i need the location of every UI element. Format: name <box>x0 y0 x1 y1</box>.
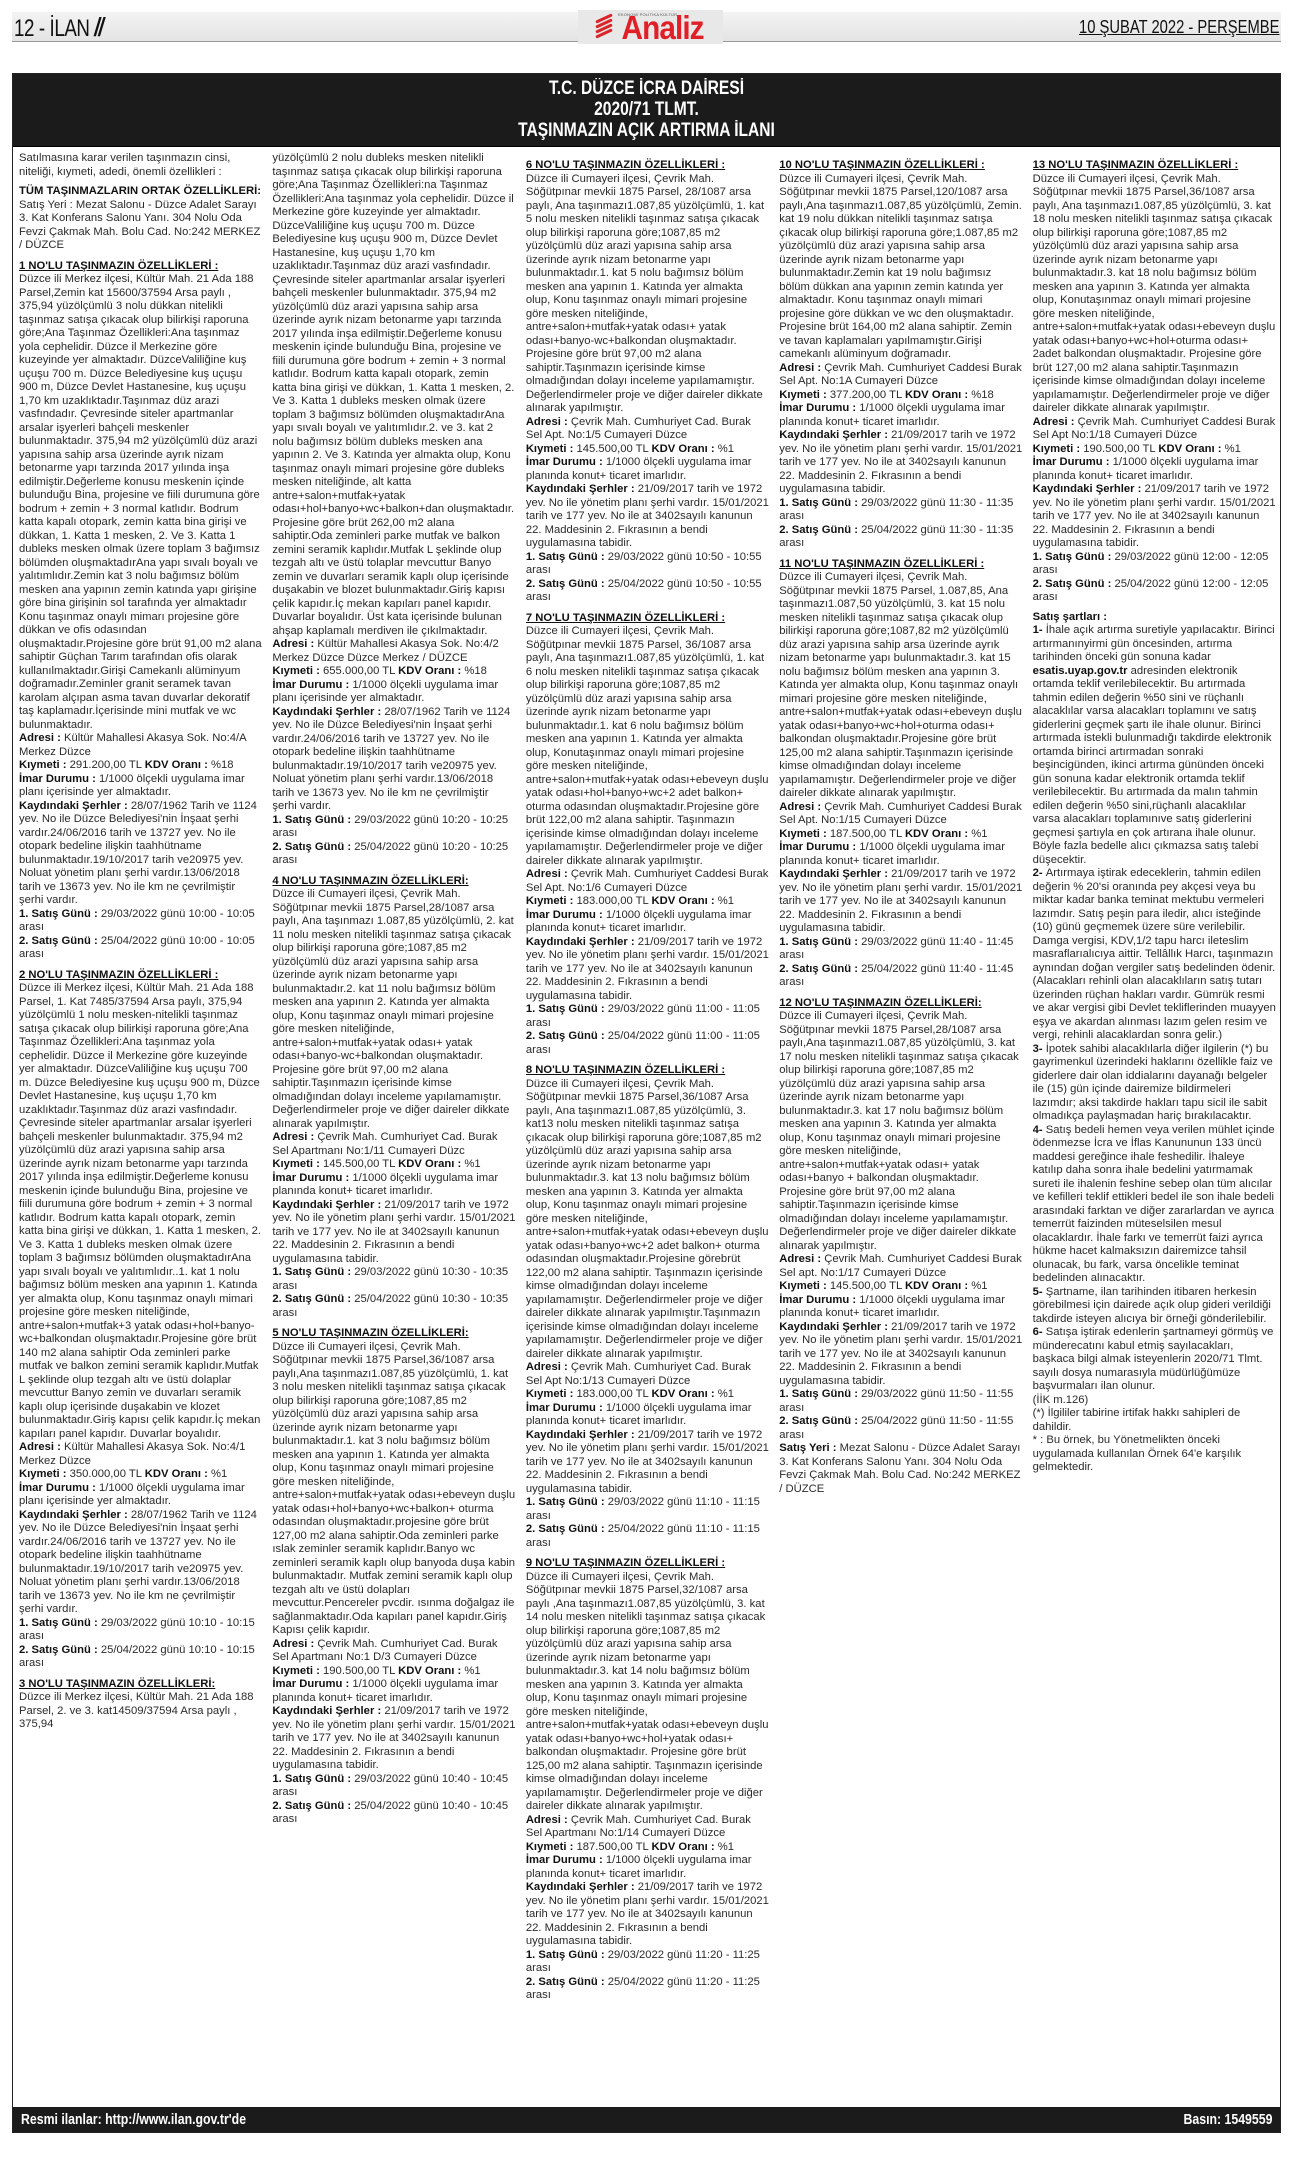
vat-rate: %1 <box>718 443 734 455</box>
esatis-link[interactable]: esatis.uyap.gov.tr <box>1033 665 1128 677</box>
property-description: Düzce ili Merkez ilçesi, Kültür Mah. 21 … <box>19 982 262 1441</box>
property-address: Adresi : Çevrik Mah. Cumhuriyet Cad. Bur… <box>526 416 769 443</box>
property-annotations-label: Kaydındaki Şerhler : <box>526 483 638 495</box>
property-zoning-label: İmar Durumu : <box>526 909 606 921</box>
property-title: 13 NO'LU TAŞINMAZIN ÖZELLİKLERİ : <box>1033 159 1276 173</box>
property-address-label: Adresi : <box>526 1814 571 1826</box>
vat-rate: %18 <box>464 665 487 677</box>
property-value: Kıymeti : 187.500,00 TL KDV Oranı : %1 <box>526 1841 769 1855</box>
property-annotations-label: Kaydındaki Şerhler : <box>272 1199 384 1211</box>
property-address-label: Adresi : <box>526 416 571 428</box>
property-zoning: İmar Durumu : 1/1000 ölçekli uygulama im… <box>526 909 769 936</box>
property-title: 5 NO'LU TAŞINMAZIN ÖZELLİKLERİ: <box>272 1327 515 1341</box>
condition-text: Şartname, ilan tarihinden itibaren herke… <box>1033 1286 1271 1325</box>
sale-place: Satış Yeri : Mezat Salonu - Düzce Adalet… <box>779 1442 1022 1496</box>
first-sale-date: 1. Satış Günü : 29/03/2022 günü 10:20 - … <box>272 814 515 841</box>
column-5: 13 NO'LU TAŞINMAZIN ÖZELLİKLERİ :Düzce i… <box>1033 152 1276 2102</box>
second-sale-date: 2. Satış Günü : 25/04/2022 günü 10:10 - … <box>19 1644 262 1671</box>
property-zoning: İmar Durumu : 1/1000 ölçekli uygulama im… <box>272 679 515 706</box>
property-annotations-label: Kaydındaki Şerhler : <box>19 1509 131 1521</box>
property-annotations: Kaydındaki Şerhler : 21/09/2017 tarih ve… <box>1033 483 1276 551</box>
second-sale-date-label: 2. Satış Günü : <box>19 1644 101 1656</box>
property-annotations: Kaydındaki Şerhler : 28/07/1962 Tarih ve… <box>19 1509 262 1617</box>
vat-label: KDV Oranı : <box>398 665 464 677</box>
value-amount: 183.000,00 TL <box>576 895 651 907</box>
vat-rate: %18 <box>971 389 994 401</box>
first-sale-date-label: 1. Satış Günü : <box>19 1617 101 1629</box>
vat-rate: %1 <box>464 1665 480 1677</box>
condition-text: İpotek sahibi alacaklılarla diğer ilgile… <box>1033 1043 1273 1123</box>
second-sale-date-label: 2. Satış Günü : <box>526 1030 608 1042</box>
property-annotations: Kaydındaki Şerhler : 21/09/2017 tarih ve… <box>526 483 769 551</box>
second-sale-date: 2. Satış Günü : 25/04/2022 günü 11:20 - … <box>526 1976 769 2003</box>
vat-rate: %1 <box>971 828 987 840</box>
property-13: 13 NO'LU TAŞINMAZIN ÖZELLİKLERİ :Düzce i… <box>1033 159 1276 605</box>
vat-rate: %1 <box>211 1468 227 1480</box>
vat-label: KDV Oranı : <box>652 1388 718 1400</box>
first-sale-date: 1. Satış Günü : 29/03/2022 günü 10:10 - … <box>19 1617 262 1644</box>
first-sale-date: 1. Satış Günü : 29/03/2022 günü 12:00 - … <box>1033 551 1276 578</box>
first-sale-date: 1. Satış Günü : 29/03/2022 günü 11:30 - … <box>779 497 1022 524</box>
property-description: Düzce ili Cumayeri ilçesi, Çevrik Mah. S… <box>526 1078 769 1362</box>
vat-label: KDV Oranı : <box>398 1665 464 1677</box>
condition-text: İhale açık artırma suretiyle yapılacaktı… <box>1033 624 1275 663</box>
property-10: 10 NO'LU TAŞINMAZIN ÖZELLİKLERİ :Düzce i… <box>779 159 1022 551</box>
value-amount: 190.500,00 TL <box>323 1665 398 1677</box>
vat-label: KDV Oranı : <box>1158 443 1224 455</box>
property-annotations: Kaydındaki Şerhler : 21/09/2017 tarih ve… <box>272 1199 515 1267</box>
property-description-start: Düzce ili Merkez ilçesi, Kültür Mah. 21 … <box>19 1691 262 1732</box>
condition-number: 5- <box>1033 1286 1046 1298</box>
condition-item: 2- Artırmaya iştirak edeceklerin, tahmin… <box>1033 867 1276 1043</box>
property-address-label: Adresi : <box>779 1253 824 1265</box>
value-label: Kıymeti : <box>526 1841 577 1853</box>
sale-place-label: Satış Yeri : <box>779 1442 839 1454</box>
property-zoning: İmar Durumu : 1/1000 ölçekli uygulama im… <box>526 1402 769 1429</box>
property-value: Kıymeti : 291.200,00 TL KDV Oranı : %18 <box>19 759 262 773</box>
footnote-2: * : Bu örnek, bu Yönetmelikten önceki uy… <box>1033 1434 1276 1475</box>
first-sale-date-label: 1. Satış Günü : <box>779 497 861 509</box>
property-title: 11 NO'LU TAŞINMAZIN ÖZELLİKLERİ : <box>779 558 1022 572</box>
second-sale-date-label: 2. Satış Günü : <box>272 841 354 853</box>
property-title: 3 NO'LU TAŞINMAZIN ÖZELLİKLERİ: <box>19 1678 262 1692</box>
property-annotations: Kaydındaki Şerhler : 28/07/1962 Tarih ve… <box>272 706 515 814</box>
property-zoning: İmar Durumu : 1/1000 ölçekli uygulama im… <box>1033 456 1276 483</box>
first-sale-date: 1. Satış Günü : 29/03/2022 günü 11:10 - … <box>526 1496 769 1523</box>
vat-label: KDV Oranı : <box>905 828 971 840</box>
first-sale-date: 1. Satış Günü : 29/03/2022 günü 11:50 - … <box>779 1388 1022 1415</box>
property-address: Adresi : Çevrik Mah. Cumhuriyet Cad. Bur… <box>526 1361 769 1388</box>
condition-number: 6- <box>1033 1326 1046 1338</box>
second-sale-date-label: 2. Satış Günü : <box>526 578 608 590</box>
property-description: Düzce ili Cumayeri ilçesi, Çevrik Mah. S… <box>779 1010 1022 1253</box>
notice-authority: T.C. DÜZCE İCRA DAİRESİ <box>127 78 1166 99</box>
value-amount: 183.000,00 TL <box>576 1388 651 1400</box>
first-sale-date: 1. Satış Günü : 29/03/2022 günü 11:00 - … <box>526 1003 769 1030</box>
slashes-decoration: // <box>94 12 102 42</box>
first-sale-date: 1. Satış Günü : 29/03/2022 günü 11:40 - … <box>779 936 1022 963</box>
first-sale-date-label: 1. Satış Günü : <box>526 1496 608 1508</box>
property-value: Kıymeti : 190.500,00 TL KDV Oranı : %1 <box>272 1665 515 1679</box>
notice-columns: Satılmasına karar verilen taşınmazın cin… <box>13 149 1280 2102</box>
conditions-title: Satış şartları : <box>1033 611 1276 625</box>
column-1: Satılmasına karar verilen taşınmazın cin… <box>19 152 262 2102</box>
property-address: Adresi : Çevrik Mah. Cumhuriyet Caddesi … <box>1033 416 1276 443</box>
property-description: Düzce ili Cumayeri ilçesi, Çevrik Mah. S… <box>779 173 1022 362</box>
legal-reference: (İİK m.126) <box>1033 1394 1276 1408</box>
official-notices-link[interactable]: Resmi ilanlar: http://www.ilan.gov.tr'de <box>21 2111 246 2128</box>
property-annotations-label: Kaydındaki Şerhler : <box>779 1321 891 1333</box>
notice-footer: Resmi ilanlar: http://www.ilan.gov.tr'de… <box>13 2107 1280 2132</box>
property-zoning-label: İmar Durumu : <box>779 1294 859 1306</box>
property-title: 2 NO'LU TAŞINMAZIN ÖZELLİKLERİ : <box>19 969 262 983</box>
property-zoning-label: İmar Durumu : <box>272 679 352 691</box>
property-3-rest: yüzölçümlü 2 nolu dubleks mesken nitelik… <box>272 152 515 868</box>
property-address-label: Adresi : <box>272 1131 317 1143</box>
notice-title: TAŞINMAZIN AÇIK ARTIRMA İLANI <box>127 120 1166 141</box>
first-sale-date-label: 1. Satış Günü : <box>272 1266 354 1278</box>
property-title: 1 NO'LU TAŞINMAZIN ÖZELLİKLERİ : <box>19 260 262 274</box>
property-description: Düzce ili Cumayeri ilçesi, Çevrik Mah. S… <box>526 1571 769 1814</box>
value-amount: 145.500,00 TL <box>830 1280 905 1292</box>
property-5: 5 NO'LU TAŞINMAZIN ÖZELLİKLERİ:Düzce ili… <box>272 1327 515 1827</box>
value-label: Kıymeti : <box>272 1158 323 1170</box>
auction-notice: T.C. DÜZCE İCRA DAİRESİ 2020/71 TLMT. TA… <box>12 73 1281 2133</box>
second-sale-date: 2. Satış Günü : 25/04/2022 günü 11:30 - … <box>779 524 1022 551</box>
property-title: 6 NO'LU TAŞINMAZIN ÖZELLİKLERİ : <box>526 159 769 173</box>
property-title: 12 NO'LU TAŞINMAZIN ÖZELLİKLERİ: <box>779 997 1022 1011</box>
property-zoning: İmar Durumu : 1/1000 ölçekli uygulama im… <box>526 456 769 483</box>
second-sale-date: 2. Satış Günü : 25/04/2022 günü 11:10 - … <box>526 1523 769 1550</box>
property-value: Kıymeti : 350.000,00 TL KDV Oranı : %1 <box>19 1468 262 1482</box>
vat-label: KDV Oranı : <box>145 759 211 771</box>
property-value: Kıymeti : 190.500,00 TL KDV Oranı : %1 <box>1033 443 1276 457</box>
vat-label: KDV Oranı : <box>652 895 718 907</box>
second-sale-date-label: 2. Satış Günü : <box>526 1523 608 1535</box>
first-sale-date: 1. Satış Günü : 29/03/2022 günü 10:40 - … <box>272 1773 515 1800</box>
property-address: Adresi : Çevrik Mah. Cumhuriyet Caddesi … <box>779 362 1022 389</box>
notice-header: T.C. DÜZCE İCRA DAİRESİ 2020/71 TLMT. TA… <box>13 74 1280 147</box>
vat-label: KDV Oranı : <box>145 1468 211 1480</box>
first-sale-date: 1. Satış Günü : 29/03/2022 günü 10:30 - … <box>272 1266 515 1293</box>
property-description: Düzce ili Cumayeri ilçesi, Çevrik Mah. S… <box>526 173 769 416</box>
issue-date: 10 ŞUBAT 2022 - PERŞEMBE <box>1079 17 1279 38</box>
property-zoning: İmar Durumu : 1/1000 ölçekli uygulama im… <box>779 402 1022 429</box>
property-zoning-label: İmar Durumu : <box>272 1678 352 1690</box>
property-8: 8 NO'LU TAŞINMAZIN ÖZELLİKLERİ :Düzce il… <box>526 1064 769 1550</box>
property-zoning-label: İmar Durumu : <box>272 1172 352 1184</box>
property-annotations-label: Kaydındaki Şerhler : <box>19 800 131 812</box>
second-sale-date: 2. Satış Günü : 25/04/2022 günü 10:50 - … <box>526 578 769 605</box>
press-number: Basın: 1549559 <box>1183 2111 1272 2128</box>
property-address: Adresi : Çevrik Mah. Cumhuriyet Caddesi … <box>526 868 769 895</box>
vat-rate: %18 <box>211 759 234 771</box>
property-6: 6 NO'LU TAŞINMAZIN ÖZELLİKLERİ :Düzce il… <box>526 159 769 605</box>
property-annotations: Kaydındaki Şerhler : 21/09/2017 tarih ve… <box>779 1321 1022 1389</box>
first-sale-date: 1. Satış Günü : 29/03/2022 günü 11:20 - … <box>526 1949 769 1976</box>
page-number-section: 12 - İLAN <box>14 15 90 42</box>
property-annotations-label: Kaydındaki Şerhler : <box>526 1429 638 1441</box>
property-value: Kıymeti : 145.500,00 TL KDV Oranı : %1 <box>779 1280 1022 1294</box>
property-address: Adresi : Çevrik Mah. Cumhuriyet Caddesi … <box>779 801 1022 828</box>
second-sale-date: 2. Satış Günü : 25/04/2022 günü 10:00 - … <box>19 935 262 962</box>
second-sale-date-label: 2. Satış Günü : <box>272 1293 354 1305</box>
condition-item: 4- Satış bedeli hemen veya verilen mühle… <box>1033 1124 1276 1286</box>
property-annotations-label: Kaydındaki Şerhler : <box>526 1881 638 1893</box>
property-1: 1 NO'LU TAŞINMAZIN ÖZELLİKLERİ :Düzce il… <box>19 260 262 962</box>
condition-number: 3- <box>1033 1043 1046 1055</box>
second-sale-date-label: 2. Satış Günü : <box>526 1976 608 1988</box>
value-amount: 187.500,00 TL <box>830 828 905 840</box>
property-zoning: İmar Durumu : 1/1000 ölçekli uygulama im… <box>19 773 262 800</box>
second-sale-date-label: 2. Satış Günü : <box>19 935 101 947</box>
property-address-label: Adresi : <box>272 638 317 650</box>
value-amount: 187.500,00 TL <box>576 1841 651 1853</box>
condition-text: Satışa iştirak edenlerin şartnameyi görm… <box>1033 1326 1274 1392</box>
condition-number: 2- <box>1033 867 1046 879</box>
first-sale-date: 1. Satış Günü : 29/03/2022 günü 10:50 - … <box>526 551 769 578</box>
second-sale-date-label: 2. Satış Günü : <box>779 963 861 975</box>
vat-rate: %1 <box>718 895 734 907</box>
property-description: Düzce ili Cumayeri ilçesi, Çevrik Mah. S… <box>272 888 515 1131</box>
value-label: Kıymeti : <box>272 1665 323 1677</box>
property-zoning-label: İmar Durumu : <box>19 773 99 785</box>
column-2: yüzölçümlü 2 nolu dubleks mesken nitelik… <box>272 152 515 2102</box>
column-4: 10 NO'LU TAŞINMAZIN ÖZELLİKLERİ :Düzce i… <box>779 152 1022 2102</box>
first-sale-date-label: 1. Satış Günü : <box>19 908 101 920</box>
property-title: 8 NO'LU TAŞINMAZIN ÖZELLİKLERİ : <box>526 1064 769 1078</box>
condition-text-cont: adresinden elektronik ortamda teklif ver… <box>1033 665 1272 866</box>
logo-text: Analiz <box>621 11 703 44</box>
property-12: 12 NO'LU TAŞINMAZIN ÖZELLİKLERİ:Düzce il… <box>779 997 1022 1497</box>
vat-label: KDV Oranı : <box>652 443 718 455</box>
value-label: Kıymeti : <box>1033 443 1084 455</box>
value-label: Kıymeti : <box>779 828 830 840</box>
vat-rate: %1 <box>718 1841 734 1853</box>
vat-label: KDV Oranı : <box>905 389 971 401</box>
property-annotations-label: Kaydındaki Şerhler : <box>526 936 638 948</box>
property-address-label: Adresi : <box>272 1638 317 1650</box>
value-label: Kıymeti : <box>19 759 70 771</box>
condition-item: 5- Şartname, ilan tarihinden itibaren he… <box>1033 1286 1276 1327</box>
property-annotations-value: 28/07/1962 Tarih ve 1124 yev. No ile Düz… <box>19 800 257 907</box>
value-label: Kıymeti : <box>272 665 323 677</box>
property-value: Kıymeti : 145.500,00 TL KDV Oranı : %1 <box>526 443 769 457</box>
property-description: Düzce ili Merkez ilçesi, Kültür Mah. 21 … <box>19 273 262 732</box>
property-7: 7 NO'LU TAŞINMAZIN ÖZELLİKLERİ :Düzce il… <box>526 612 769 1058</box>
property-zoning: İmar Durumu : 1/1000 ölçekli uygulama im… <box>19 1482 262 1509</box>
property-value: Kıymeti : 183.000,00 TL KDV Oranı : %1 <box>526 1388 769 1402</box>
vat-rate: %1 <box>1225 443 1241 455</box>
property-3-start: 3 NO'LU TAŞINMAZIN ÖZELLİKLERİ:Düzce ili… <box>19 1678 262 1732</box>
value-label: Kıymeti : <box>779 1280 830 1292</box>
first-sale-date-label: 1. Satış Günü : <box>1033 551 1115 563</box>
property-address-label: Adresi : <box>19 732 64 744</box>
property-address: Adresi : Kültür Mahallesi Akasya Sok. No… <box>272 638 515 665</box>
condition-item: 3- İpotek sahibi alacaklılarla diğer ilg… <box>1033 1043 1276 1124</box>
value-label: Kıymeti : <box>779 389 830 401</box>
property-zoning: İmar Durumu : 1/1000 ölçekli uygulama im… <box>272 1678 515 1705</box>
conditions-list: 1- İhale açık artırma suretiyle yapılaca… <box>1033 624 1276 1394</box>
page-label: 12 - İLAN// <box>14 12 102 43</box>
value-label: Kıymeti : <box>19 1468 70 1480</box>
property-annotations-label: Kaydındaki Şerhler : <box>1033 483 1145 495</box>
property-annotations-label: Kaydındaki Şerhler : <box>779 868 891 880</box>
value-label: Kıymeti : <box>526 895 577 907</box>
property-9: 9 NO'LU TAŞINMAZIN ÖZELLİKLERİ :Düzce il… <box>526 1557 769 2003</box>
first-sale-date-label: 1. Satış Günü : <box>526 551 608 563</box>
newspaper-logo[interactable]: EKONOMİ POLİTİKA KÜLTÜR Analiz <box>578 10 723 44</box>
property-address: Adresi : Çevrik Mah. Cumhuriyet Caddesi … <box>779 1253 1022 1280</box>
common-title: TÜM TAŞINMAZLARIN ORTAK ÖZELLİKLERİ: <box>19 185 262 199</box>
property-value: Kıymeti : 377.200,00 TL KDV Oranı : %18 <box>779 389 1022 403</box>
vat-rate: %1 <box>464 1158 480 1170</box>
value-amount: 291.200,00 TL <box>70 759 145 771</box>
property-value: Kıymeti : 145.500,00 TL KDV Oranı : %1 <box>272 1158 515 1172</box>
property-annotations-label: Kaydındaki Şerhler : <box>272 1705 384 1717</box>
second-sale-date-label: 2. Satış Günü : <box>1033 578 1115 590</box>
property-address-label: Adresi : <box>779 362 824 374</box>
second-sale-date-label: 2. Satış Günü : <box>272 1800 354 1812</box>
property-annotations: Kaydındaki Şerhler : 21/09/2017 tarih ve… <box>526 936 769 1004</box>
value-amount: 377.200,00 TL <box>830 389 905 401</box>
property-title: 7 NO'LU TAŞINMAZIN ÖZELLİKLERİ : <box>526 612 769 626</box>
vat-rate: %1 <box>971 1280 987 1292</box>
first-sale-date-label: 1. Satış Günü : <box>272 814 354 826</box>
condition-text: Satış bedeli hemen veya verilen mühlet i… <box>1033 1124 1275 1285</box>
property-title: 4 NO'LU TAŞINMAZIN ÖZELLİKLERİ: <box>272 875 515 889</box>
property-annotations-value: 28/07/1962 Tarih ve 1124 yev. No ile Düz… <box>19 1509 257 1616</box>
property-zoning: İmar Durumu : 1/1000 ölçekli uygulama im… <box>526 1854 769 1881</box>
property-11: 11 NO'LU TAŞINMAZIN ÖZELLİKLERİ :Düzce i… <box>779 558 1022 990</box>
first-sale-date: 1. Satış Günü : 29/03/2022 günü 10:00 - … <box>19 908 262 935</box>
property-zoning-label: İmar Durumu : <box>779 841 859 853</box>
first-sale-date-label: 1. Satış Günü : <box>526 1949 608 1961</box>
property-annotations-label: Kaydındaki Şerhler : <box>272 706 384 718</box>
second-sale-date: 2. Satış Günü : 25/04/2022 günü 12:00 - … <box>1033 578 1276 605</box>
property-zoning-label: İmar Durumu : <box>526 1854 606 1866</box>
property-description: Düzce ili Cumayeri ilçesi, Çevrik Mah. S… <box>526 625 769 868</box>
second-sale-date: 2. Satış Günü : 25/04/2022 günü 10:30 - … <box>272 1293 515 1320</box>
vat-rate: %1 <box>718 1388 734 1400</box>
property-address-label: Adresi : <box>19 1441 64 1453</box>
first-sale-date-label: 1. Satış Günü : <box>526 1003 608 1015</box>
property-4: 4 NO'LU TAŞINMAZIN ÖZELLİKLERİ:Düzce ili… <box>272 875 515 1321</box>
property-description: Düzce ili Cumayeri ilçesi, Çevrik Mah. S… <box>1033 173 1276 416</box>
second-sale-date: 2. Satış Günü : 25/04/2022 günü 11:50 - … <box>779 1415 1022 1442</box>
property-annotations: Kaydındaki Şerhler : 21/09/2017 tarih ve… <box>779 429 1022 497</box>
property-address: Adresi : Çevrik Mah. Cumhuriyet Cad. Bur… <box>272 1638 515 1665</box>
property-zoning-label: İmar Durumu : <box>526 1402 606 1414</box>
vat-label: KDV Oranı : <box>398 1158 464 1170</box>
property-value: Kıymeti : 183.000,00 TL KDV Oranı : %1 <box>526 895 769 909</box>
value-label: Kıymeti : <box>526 443 577 455</box>
second-sale-date: 2. Satış Günü : 25/04/2022 günü 11:40 - … <box>779 963 1022 990</box>
property-address-label: Adresi : <box>779 801 824 813</box>
property-zoning-label: İmar Durumu : <box>779 402 859 414</box>
intro-text: Satılmasına karar verilen taşınmazın cin… <box>19 152 262 179</box>
property-annotations: Kaydındaki Şerhler : 21/09/2017 tarih ve… <box>779 868 1022 936</box>
property-annotations: Kaydındaki Şerhler : 28/07/1962 Tarih ve… <box>19 800 262 908</box>
property-annotations: Kaydındaki Şerhler : 21/09/2017 tarih ve… <box>526 1429 769 1497</box>
property-description: Düzce ili Cumayeri ilçesi, Çevrik Mah. S… <box>779 571 1022 801</box>
property-address-label: Adresi : <box>526 868 571 880</box>
condition-item: 1- İhale açık artırma suretiyle yapılaca… <box>1033 624 1276 867</box>
condition-number: 1- <box>1033 624 1046 636</box>
second-sale-date: 2. Satış Günü : 25/04/2022 günü 10:40 - … <box>272 1800 515 1827</box>
property-annotations-value: 28/07/1962 Tarih ve 1124 yev. No ile Düz… <box>272 706 510 813</box>
property-title: 9 NO'LU TAŞINMAZIN ÖZELLİKLERİ : <box>526 1557 769 1571</box>
property-title: 10 NO'LU TAŞINMAZIN ÖZELLİKLERİ : <box>779 159 1022 173</box>
footnote-1: (*) İlgililer tabirine irtifak hakkı sah… <box>1033 1407 1276 1434</box>
property-2: 2 NO'LU TAŞINMAZIN ÖZELLİKLERİ :Düzce il… <box>19 969 262 1671</box>
value-label: Kıymeti : <box>526 1388 577 1400</box>
property-address: Adresi : Kültür Mahallesi Akasya Sok. No… <box>19 1441 262 1468</box>
second-sale-date-label: 2. Satış Günü : <box>779 524 861 536</box>
property-address: Adresi : Çevrik Mah. Cumhuriyet Cad. Bur… <box>526 1814 769 1841</box>
property-annotations-label: Kaydındaki Şerhler : <box>779 429 891 441</box>
value-amount: 145.500,00 TL <box>323 1158 398 1170</box>
property-zoning: İmar Durumu : 1/1000 ölçekli uygulama im… <box>779 841 1022 868</box>
property-description: yüzölçümlü 2 nolu dubleks mesken nitelik… <box>272 152 515 638</box>
property-annotations: Kaydındaki Şerhler : 21/09/2017 tarih ve… <box>272 1705 515 1773</box>
condition-number: 4- <box>1033 1124 1046 1136</box>
first-sale-date-label: 1. Satış Günü : <box>272 1773 354 1785</box>
second-sale-date: 2. Satış Günü : 25/04/2022 günü 11:00 - … <box>526 1030 769 1057</box>
property-zoning-label: İmar Durumu : <box>526 456 606 468</box>
masthead: 12 - İLAN// EKONOMİ POLİTİKA KÜLTÜR Anal… <box>0 0 1293 50</box>
first-sale-date-label: 1. Satış Günü : <box>779 1388 861 1400</box>
value-amount: 145.500,00 TL <box>576 443 651 455</box>
property-zoning: İmar Durumu : 1/1000 ölçekli uygulama im… <box>779 1294 1022 1321</box>
first-sale-date-label: 1. Satış Günü : <box>779 936 861 948</box>
globe-stripes-icon <box>593 14 615 40</box>
property-address: Adresi : Çevrik Mah. Cumhuriyet Cad. Bur… <box>272 1131 515 1158</box>
value-amount: 655.000,00 TL <box>323 665 398 677</box>
property-value: Kıymeti : 187.500,00 TL KDV Oranı : %1 <box>779 828 1022 842</box>
property-address: Adresi : Kültür Mahallesi Akasya Sok. No… <box>19 732 262 759</box>
property-description: Düzce ili Cumayeri ilçesi, Çevrik Mah. S… <box>272 1341 515 1638</box>
column-3: 6 NO'LU TAŞINMAZIN ÖZELLİKLERİ :Düzce il… <box>526 152 769 2102</box>
property-value: Kıymeti : 655.000,00 TL KDV Oranı : %18 <box>272 665 515 679</box>
vat-label: KDV Oranı : <box>905 1280 971 1292</box>
second-sale-date-label: 2. Satış Günü : <box>779 1415 861 1427</box>
condition-item: 6- Satışa iştirak edenlerin şartnameyi g… <box>1033 1326 1276 1394</box>
notice-file-number: 2020/71 TLMT. <box>127 99 1166 120</box>
property-zoning-label: İmar Durumu : <box>1033 456 1113 468</box>
value-amount: 350.000,00 TL <box>70 1468 145 1480</box>
property-zoning: İmar Durumu : 1/1000 ölçekli uygulama im… <box>272 1172 515 1199</box>
value-amount: 190.500,00 TL <box>1083 443 1158 455</box>
vat-label: KDV Oranı : <box>652 1841 718 1853</box>
condition-text: Artırmaya iştirak edeceklerin, tahmin ed… <box>1033 867 1276 1041</box>
property-address-label: Adresi : <box>526 1361 571 1373</box>
property-address-label: Adresi : <box>1033 416 1078 428</box>
property-zoning-label: İmar Durumu : <box>19 1482 99 1494</box>
second-sale-date: 2. Satış Günü : 25/04/2022 günü 10:20 - … <box>272 841 515 868</box>
common-text: Satış Yeri : Mezat Salonu - Düzce Adalet… <box>19 199 262 253</box>
property-annotations: Kaydındaki Şerhler : 21/09/2017 tarih ve… <box>526 1881 769 1949</box>
